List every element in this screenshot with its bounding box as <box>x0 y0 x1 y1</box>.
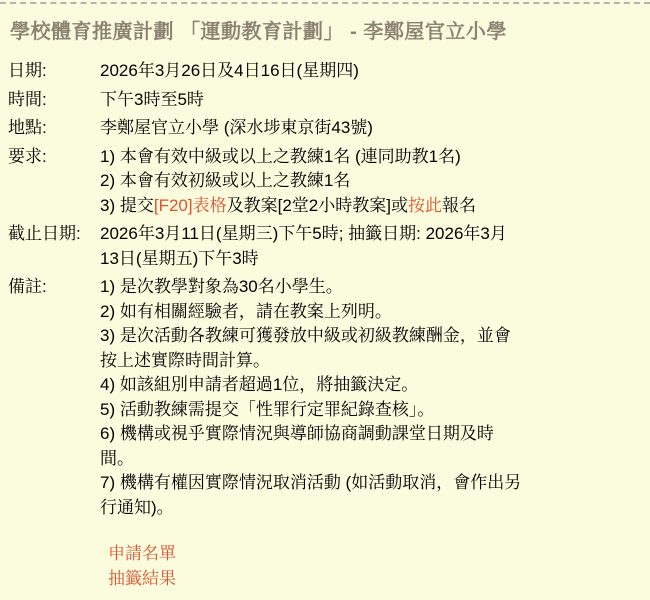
row-requirements: 要求: 1) 本會有效中級或以上之教練1名 (連同助教1名) 2) 本會有效初級… <box>0 145 650 219</box>
footer-links: 申請名單 抽籤結果 <box>108 542 650 591</box>
row-remarks: 備註: 1) 是次教學對象為30名小學生。 2) 如有相關經驗者，請在教案上列明… <box>0 275 650 520</box>
remark-line-5: 5) 活動教練需提交「性罪行定罪紀錄查核」。 <box>100 398 650 423</box>
row-date: 日期: 2026年3月26日及4日16日(星期四) <box>0 59 650 84</box>
page-title: 學校體育推廣計劃 「運動教育計劃」 - 李鄭屋官立小學 <box>10 18 640 46</box>
requirement-line-3-prefix: 3) 提交 <box>100 196 154 215</box>
time-value: 下午3時至5時 <box>100 88 650 113</box>
remark-line-3: 3) 是次活動各教練可獲發放中級或初級教練酬金，並會 <box>100 324 650 349</box>
deadline-value: 2026年3月11日(星期三)下午5時; 抽籤日期: 2026年3月 13日(星… <box>100 222 650 271</box>
draw-result-link[interactable]: 抽籤結果 <box>108 567 650 592</box>
deadline-label: 截止日期: <box>0 222 100 271</box>
remark-line-6: 6) 機構或視乎實際情況與導師協商調動課堂日期及時 <box>100 422 650 447</box>
row-venue: 地點: 李鄭屋官立小學 (深水埗東京街43號) <box>0 116 650 141</box>
deadline-line-2: 13日(星期五)下午3時 <box>100 247 650 272</box>
requirements-value: 1) 本會有效中級或以上之教練1名 (連同助教1名) 2) 本會有效初級或以上之… <box>100 145 650 219</box>
applicant-list-link[interactable]: 申請名單 <box>108 542 650 567</box>
venue-value-line: 李鄭屋官立小學 (深水埗東京街43號) <box>100 116 650 141</box>
requirement-line-2: 2) 本會有效初級或以上之教練1名 <box>100 169 650 194</box>
deadline-line-1: 2026年3月11日(星期三)下午5時; 抽籤日期: 2026年3月 <box>100 222 650 247</box>
requirement-line-3: 3) 提交[F20]表格及教案[2堂2小時教案]或按此報名 <box>100 194 650 219</box>
remark-line-3-wrap: 按上述實際時間計算。 <box>100 349 650 374</box>
date-value: 2026年3月26日及4日16日(星期四) <box>100 59 650 84</box>
requirement-line-3-suffix: 報名 <box>442 196 476 215</box>
time-value-line: 下午3時至5時 <box>100 88 650 113</box>
info-table: 日期: 2026年3月26日及4日16日(星期四) 時間: 下午3時至5時 地點… <box>0 59 650 520</box>
top-dashed-divider <box>0 2 650 4</box>
remark-line-1: 1) 是次教學對象為30名小學生。 <box>100 275 650 300</box>
row-deadline: 截止日期: 2026年3月11日(星期三)下午5時; 抽籤日期: 2026年3月… <box>0 222 650 271</box>
remarks-value: 1) 是次教學對象為30名小學生。 2) 如有相關經驗者，請在教案上列明。 3)… <box>100 275 650 520</box>
register-here-link[interactable]: 按此 <box>408 196 442 215</box>
f20-form-link[interactable]: [F20]表格 <box>154 196 227 215</box>
remark-line-7: 7) 機構有權因實際情況取消活動 (如活動取消，會作出另 <box>100 471 650 496</box>
remark-line-6-wrap: 間。 <box>100 447 650 472</box>
remark-line-2: 2) 如有相關經驗者，請在教案上列明。 <box>100 300 650 325</box>
remarks-label: 備註: <box>0 275 100 520</box>
venue-label: 地點: <box>0 116 100 141</box>
requirement-line-1: 1) 本會有效中級或以上之教練1名 (連同助教1名) <box>100 145 650 170</box>
remark-line-4: 4) 如該組別申請者超過1位，將抽籤決定。 <box>100 373 650 398</box>
remark-line-7-wrap: 行通知)。 <box>100 496 650 521</box>
requirements-label: 要求: <box>0 145 100 219</box>
row-time: 時間: 下午3時至5時 <box>0 88 650 113</box>
time-label: 時間: <box>0 88 100 113</box>
notice-page: 學校體育推廣計劃 「運動教育計劃」 - 李鄭屋官立小學 日期: 2026年3月2… <box>0 0 650 600</box>
requirement-line-3-middle: 及教案[2堂2小時教案]或 <box>227 196 408 215</box>
date-value-line: 2026年3月26日及4日16日(星期四) <box>100 59 650 84</box>
date-label: 日期: <box>0 59 100 84</box>
venue-value: 李鄭屋官立小學 (深水埗東京街43號) <box>100 116 650 141</box>
